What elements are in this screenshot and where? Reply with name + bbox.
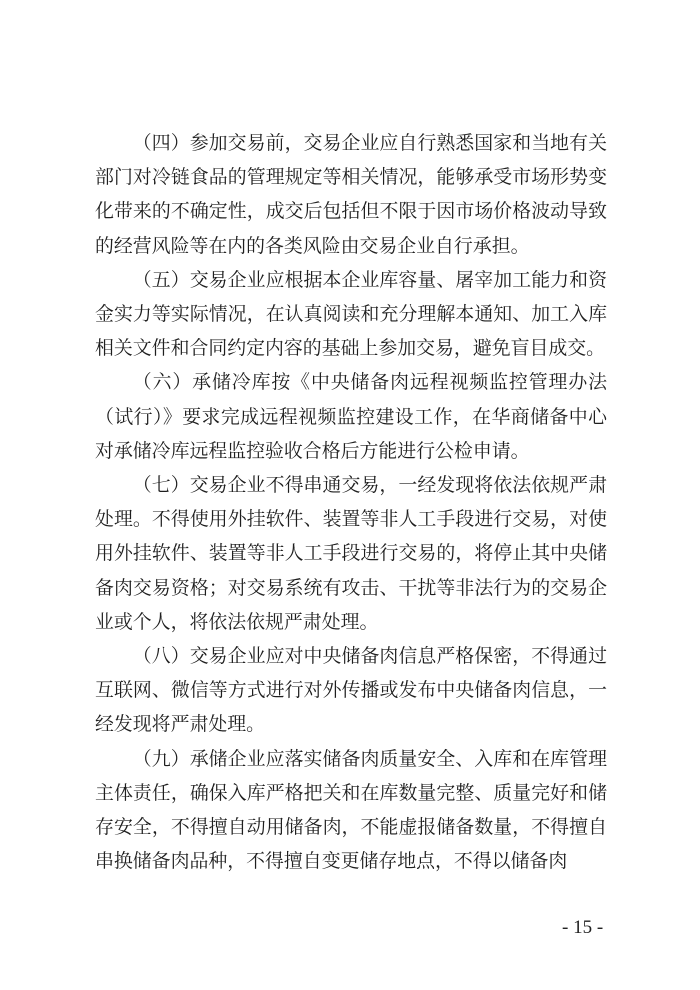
paragraph-5: （五）交易企业应根据本企业库容量、屠宰加工能力和资金实力等实际情况，在认真阅读和… bbox=[95, 263, 607, 366]
document-page: （四）参加交易前，交易企业应自行熟悉国家和当地有关部门对冷链食品的管理规定等相关… bbox=[0, 0, 700, 990]
paragraph-6: （六）承储冷库按《中央储备肉远程视频监控管理办法（试行）》要求完成远程视频监控建… bbox=[95, 365, 607, 468]
paragraph-4: （四）参加交易前，交易企业应自行熟悉国家和当地有关部门对冷链食品的管理规定等相关… bbox=[95, 126, 607, 263]
paragraph-8: （八）交易企业应对中央储备肉信息严格保密，不得通过互联网、微信等方式进行对外传播… bbox=[95, 639, 607, 742]
document-body: （四）参加交易前，交易企业应自行熟悉国家和当地有关部门对冷链食品的管理规定等相关… bbox=[95, 126, 607, 878]
paragraph-9: （九）承储企业应落实储备肉质量安全、入库和在库管理主体责任，确保入库严格把关和在… bbox=[95, 742, 607, 879]
paragraph-7: （七）交易企业不得串通交易，一经发现将依法依规严肃处理。不得使用外挂软件、装置等… bbox=[95, 468, 607, 639]
page-number: - 15 - bbox=[562, 917, 603, 939]
